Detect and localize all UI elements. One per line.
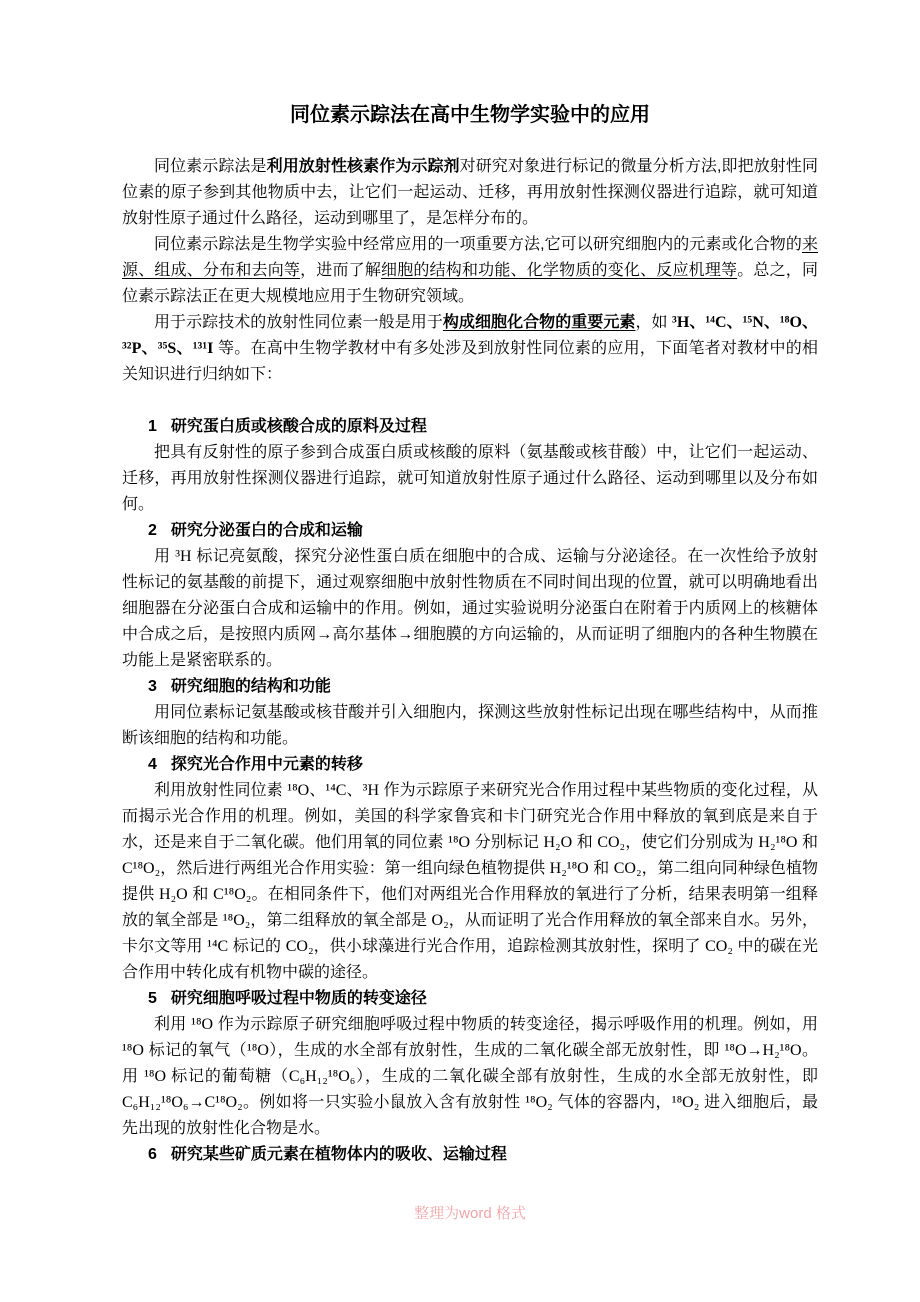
- section-4-paragraph: 利用放射性同位素 ¹⁸O、¹⁴C、³H 作为示踪原子来研究光合作用过程中某些物质…: [122, 778, 818, 986]
- page: { "document": { "title": "同位素示踪法在高中生物学实验…: [0, 0, 920, 1302]
- section-1-title: 研究蛋白质或核酸合成的原料及过程: [171, 418, 427, 435]
- section-1-number: 1: [148, 418, 157, 435]
- blank-line: [122, 388, 818, 414]
- section-5-title: 研究细胞呼吸过程中物质的转变途径: [171, 990, 427, 1007]
- section-2-number: 2: [148, 522, 157, 539]
- section-5-number: 5: [148, 990, 157, 1007]
- section-3-heading: 3研究细胞的结构和功能: [122, 674, 818, 700]
- section-4-title: 探究光合作用中元素的转移: [171, 756, 363, 773]
- intro-paragraph-1: 同位素示踪法是利用放射性核素作为示踪剂对研究对象进行标记的微量分析方法,即把放射…: [122, 154, 818, 232]
- section-5-paragraph: 利用 ¹⁸O 作为示踪原子研究细胞呼吸过程中物质的转变途径，揭示呼吸作用的机理。…: [122, 1012, 818, 1142]
- section-6-number: 6: [148, 1146, 157, 1163]
- section-2-title: 研究分泌蛋白的合成和运输: [171, 522, 363, 539]
- section-6-title: 研究某些矿质元素在植物体内的吸收、运输过程: [171, 1146, 507, 1163]
- section-3-title: 研究细胞的结构和功能: [171, 678, 331, 695]
- section-2-heading: 2研究分泌蛋白的合成和运输: [122, 518, 818, 544]
- document-body: 同位素示踪法在高中生物学实验中的应用 同位素示踪法是利用放射性核素作为示踪剂对研…: [122, 100, 818, 1168]
- section-3-paragraph: 用同位素标记氨基酸或核苷酸并引入细胞内，探测这些放射性标记出现在哪些结构中，从而…: [122, 700, 818, 752]
- section-3-number: 3: [148, 678, 157, 695]
- intro-paragraph-3: 用于示踪技术的放射性同位素一般是用于构成细胞化合物的重要元素，如 ³H、¹⁴C、…: [122, 310, 818, 388]
- section-4-heading: 4探究光合作用中元素的转移: [122, 752, 818, 778]
- section-6-heading: 6研究某些矿质元素在植物体内的吸收、运输过程: [122, 1142, 818, 1168]
- section-5-heading: 5研究细胞呼吸过程中物质的转变途径: [122, 986, 818, 1012]
- section-1-paragraph: 把具有反射性的原子参到合成蛋白质或核酸的原料（氨基酸或核苷酸）中，让它们一起运动…: [122, 440, 818, 518]
- section-1-heading: 1研究蛋白质或核酸合成的原料及过程: [122, 414, 818, 440]
- section-2-paragraph: 用 ³H 标记亮氨酸，探究分泌性蛋白质在细胞中的合成、运输与分泌途径。在一次性给…: [122, 544, 818, 674]
- footer-watermark: 整理为word 格式: [122, 1203, 818, 1225]
- document-title: 同位素示踪法在高中生物学实验中的应用: [122, 100, 818, 130]
- intro-paragraph-2: 同位素示踪法是生物学实验中经常应用的一项重要方法,它可以研究细胞内的元素或化合物…: [122, 232, 818, 310]
- section-4-number: 4: [148, 756, 157, 773]
